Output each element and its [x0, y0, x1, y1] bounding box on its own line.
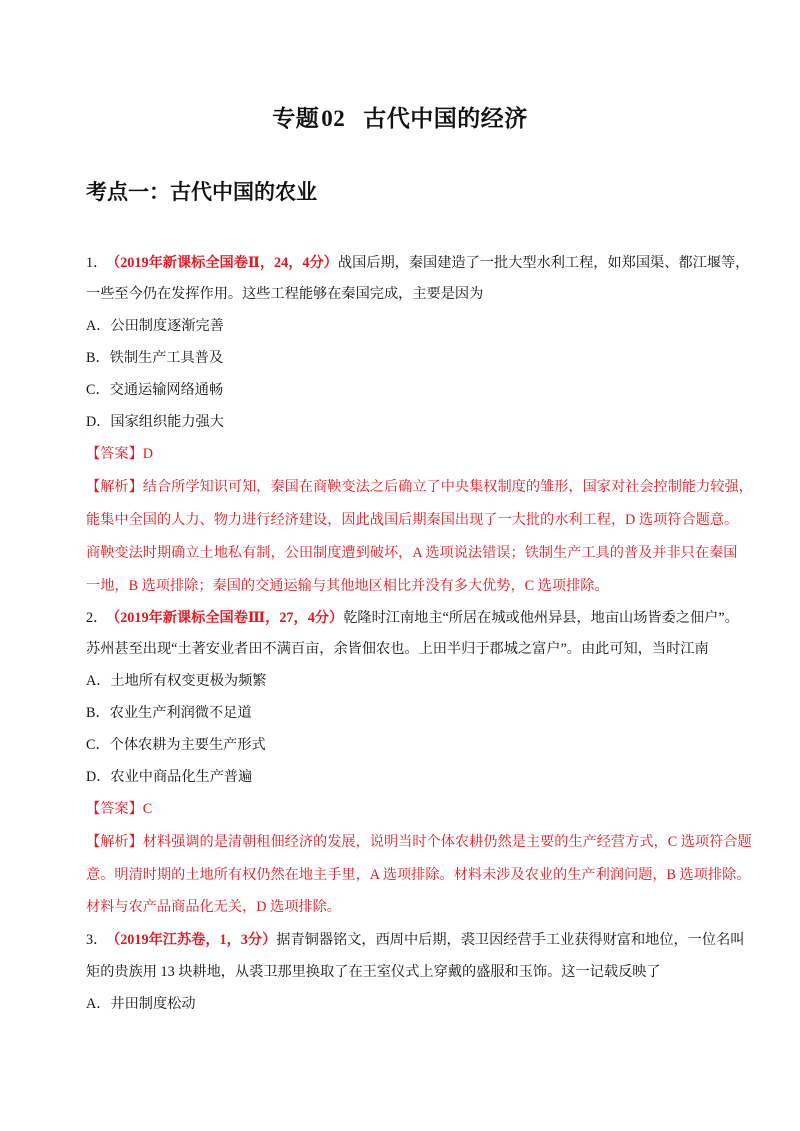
question-2-option-a: A．土地所有权变更极为频繁 [86, 671, 746, 691]
question-2-option-b: B．农业生产利润微不足道 [86, 703, 746, 723]
section-heading: 考点一：古代中国的农业 [86, 176, 317, 206]
question-2-stem-line-2: 苏州甚至出现“土著安业者田不满百亩，余皆佃农也。上田半归于郡城之富户”。由此可知… [86, 639, 746, 659]
question-2-option-c: C．个体农耕为主要生产形式 [86, 735, 746, 755]
answer-value: D [143, 446, 153, 462]
question-stem: 据青铜器铭文，西周中后期，裘卫因经营手工业获得财富和地位，一位名叫 [276, 932, 744, 948]
question-source: （2019年新课标全国卷Ⅲ，27，4分） [106, 610, 343, 626]
question-1-option-c: C．交通运输网络通畅 [86, 380, 746, 400]
question-1-analysis-line-1: 【解析】结合所学知识可知，秦国在商鞅变法之后确立了中央集权制度的雏形，国家对社会… [86, 477, 746, 497]
question-2-answer: 【答案】C [86, 799, 746, 819]
question-number: 3． [86, 930, 106, 950]
question-1-answer: 【答案】D [86, 444, 746, 464]
question-3-stem-line-1: 3．（2019年江苏卷，1，3分）据青铜器铭文，西周中后期，裘卫因经营手工业获得… [86, 930, 746, 950]
answer-label: 【答案】 [86, 446, 143, 462]
question-1-option-a: A．公田制度逐渐完善 [86, 316, 746, 336]
question-1-analysis-line-3: 商鞅变法时期确立土地私有制，公田制度遭到破坏，A 选项说法错误；铁制生产工具的普… [86, 543, 746, 563]
question-1-option-b: B．铁制生产工具普及 [86, 348, 746, 368]
question-2-analysis-line-3: 材料与农产品商品化无关，D 选项排除。 [86, 897, 746, 917]
question-number: 2． [86, 608, 106, 628]
title-text: 古代中国的经济 [363, 106, 528, 131]
answer-label: 【答案】 [86, 801, 143, 817]
document-page: 专题02古代中国的经济 考点一：古代中国的农业 1．（2019年新课标全国卷Ⅱ，… [0, 0, 800, 1131]
answer-value: C [143, 801, 152, 817]
question-stem: 乾隆时江南地主“所居在城或他州异县，地亩山场皆委之佃户”。 [343, 610, 739, 626]
title-prefix: 专题 [272, 106, 319, 131]
question-3-stem-line-2: 矩的贵族用 13 块耕地，从裘卫那里换取了在王室仪式上穿戴的盛服和玉饰。这一记载… [86, 962, 746, 982]
question-1-stem-line-2: 一些至今仍在发挥作用。这些工程能够在秦国完成，主要是因为 [86, 284, 746, 304]
question-3-option-a: A．井田制度松动 [86, 994, 746, 1014]
question-2-analysis-line-2: 意。明清时期的土地所有权仍然在地主手里，A 选项排除。材料未涉及农业的生产利润问… [86, 865, 746, 885]
title-number: 02 [321, 106, 345, 131]
question-stem: 战国后期，秦国建造了一批大型水利工程，如郑国渠、都江堰等， [338, 255, 749, 271]
page-title: 专题02古代中国的经济 [0, 100, 800, 133]
question-2-analysis-line-1: 【解析】材料强调的是清朝租佃经济的发展，说明当时个体农耕仍然是主要的生产经营方式… [86, 832, 746, 852]
question-1-analysis-line-2: 能集中全国的人力、物力进行经济建设，因此战国后期秦国出现了一大批的水利工程，D … [86, 510, 746, 530]
question-source: （2019年江苏卷，1，3分） [106, 932, 276, 948]
question-1-stem-line-1: 1．（2019年新课标全国卷Ⅱ，24，4分）战国后期，秦国建造了一批大型水利工程… [86, 253, 746, 273]
question-2-option-d: D．农业中商品化生产普遍 [86, 767, 746, 787]
question-2-stem-line-1: 2．（2019年新课标全国卷Ⅲ，27，4分）乾隆时江南地主“所居在城或他州异县，… [86, 608, 746, 628]
question-number: 1． [86, 253, 106, 273]
question-source: （2019年新课标全国卷Ⅱ，24，4分） [106, 255, 338, 271]
question-1-analysis-line-4: 一地，B 选项排除；秦国的交通运输与其他地区相比并没有多大优势，C 选项排除。 [86, 576, 746, 596]
question-1-option-d: D．国家组织能力强大 [86, 412, 746, 432]
